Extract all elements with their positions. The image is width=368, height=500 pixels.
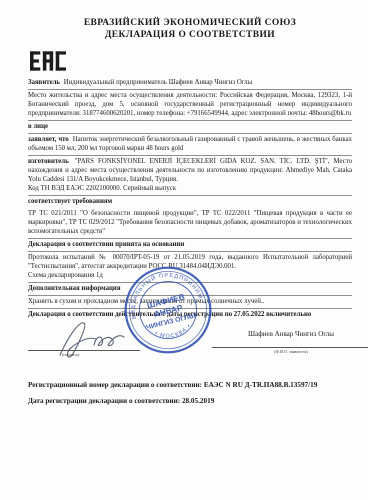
- additional-heading: Дополнительная информация: [28, 283, 352, 296]
- document-title: ЕВРАЗИЙСКИЙ ЭКОНОМИЧЕСКИЙ СОЮЗ ДЕКЛАРАЦИ…: [28, 18, 352, 42]
- conforms-value: ТР ТС 021/2011 "О безопасности пищевой п…: [28, 210, 352, 235]
- declares-label: заявляет, что: [28, 136, 71, 143]
- basis-row: Протокола испытаний № 00070/IPT-05-19 от…: [28, 252, 352, 283]
- registration-date-line: Дата регистрации декларации о соответств…: [28, 397, 352, 407]
- manufacturer-label: изготовитель: [28, 158, 71, 165]
- manufacturer-text: изготовитель "PARS FONKSİYONEL ENERJİ İÇ…: [28, 157, 352, 184]
- basis-heading: Декларация о соответствии принята на осн…: [28, 239, 352, 252]
- registration-number-line: Регистрационный номер декларации о соотв…: [28, 381, 352, 391]
- address-value: Место жительства и адрес места осуществл…: [28, 92, 352, 117]
- in-person-label: в лице: [28, 123, 48, 130]
- fio-caption: (Ф.И.О. заявителя): [212, 349, 368, 355]
- manufacturer-row: изготовитель "PARS FONKSİYONEL ENERJİ İÇ…: [28, 156, 352, 196]
- applicant-row: Заявитель Индивидуальный предприниматель…: [28, 77, 352, 90]
- basis-value: Протокола испытаний № 00070/IPT-05-19 от…: [28, 253, 352, 271]
- conforms-row: ТР ТС 021/2011 "О безопасности пищевой п…: [28, 208, 352, 239]
- additional-row: Хранить в сухом и прохладном месте, защи…: [28, 296, 352, 309]
- eac-conformity-mark-icon: [30, 47, 66, 75]
- declaration-document: ЕВРАЗИЙСКИЙ ЭКОНОМИЧЕСКИЙ СОЮЗ ДЕКЛАРАЦИ…: [0, 0, 368, 500]
- fio-line: [212, 347, 368, 348]
- signature-zone: (подпись) Шафиев Анвар Чингиз Оглы (Ф.И.…: [28, 321, 352, 373]
- signature-caption: (подпись): [62, 352, 79, 358]
- applicant-label: Заявитель: [28, 79, 62, 86]
- manufacturer-value: "PARS FONKSİYONEL ENERJİ İÇECEKLERİ GIDA…: [28, 158, 352, 183]
- conforms-heading: соответствует требованиям: [28, 196, 352, 208]
- declares-value: Напиток энергетический безалкогольный га…: [28, 136, 352, 152]
- declares-row: заявляет, что Напиток энергетический без…: [28, 134, 352, 156]
- signature-line: [28, 350, 140, 351]
- title-line-1: ЕВРАЗИЙСКИЙ ЭКОНОМИЧЕСКИЙ СОЮЗ: [28, 18, 352, 30]
- address-row: Место жительства и адрес места осуществл…: [28, 90, 352, 121]
- handwritten-signature: [46, 315, 132, 359]
- applicant-value: Индивидуальный предприниматель Шафиев Ан…: [64, 79, 252, 86]
- document-body: Заявитель Индивидуальный предприниматель…: [28, 77, 352, 407]
- title-line-2: ДЕКЛАРАЦИЯ О СООТВЕТСТВИИ: [28, 30, 352, 42]
- applicant-fio: Шафиев Анвар Чингиз Оглы: [216, 330, 366, 339]
- tnved-line: Код ТН ВЭД ЕАЭС 2202100000. Серийный вып…: [28, 184, 352, 193]
- scheme-line: Схема декларирования 1д: [28, 271, 352, 280]
- in-person-row: в лице: [28, 121, 352, 134]
